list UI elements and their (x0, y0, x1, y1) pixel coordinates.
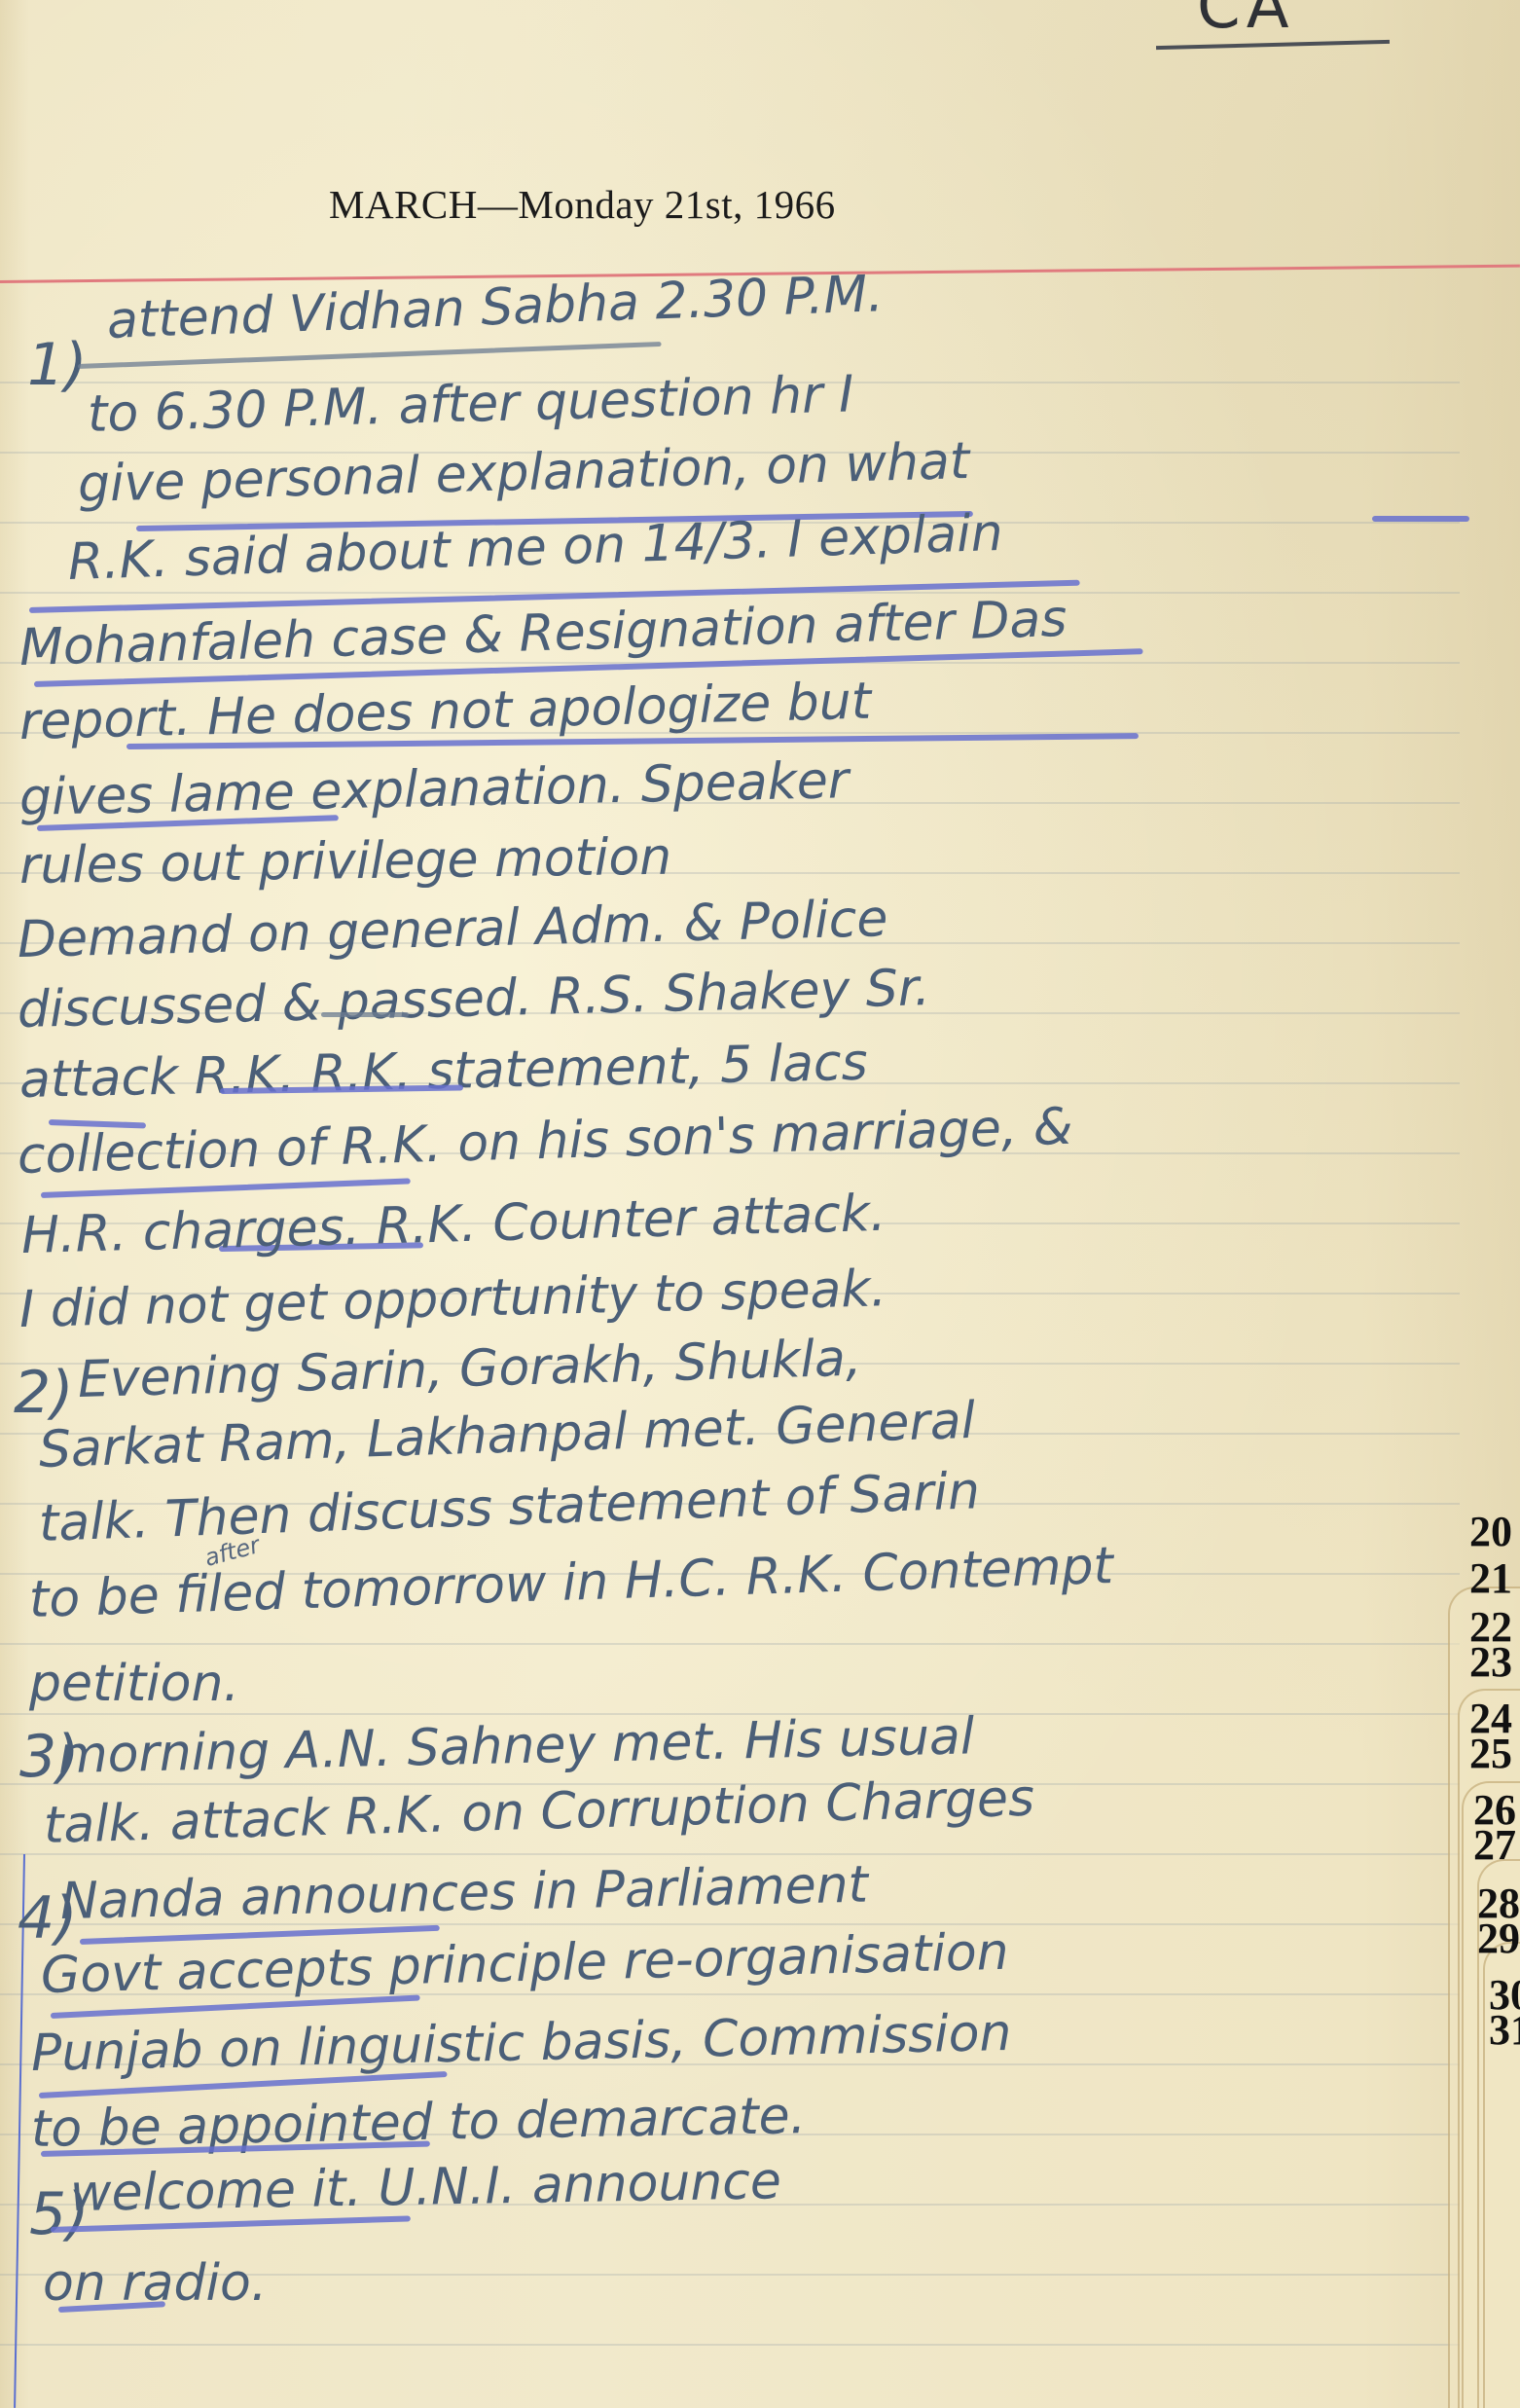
underline (1372, 516, 1469, 522)
entry-line: Punjab on linguistic basis, Commission (30, 2004, 1012, 2083)
entry-line: Evening Sarin, Gorakh, Shukla, (77, 1330, 862, 1409)
entry-line: Demand on general Adm. & Police (17, 890, 888, 969)
date-tab-27[interactable]: 27 (1473, 1820, 1516, 1870)
entry-line: gives lame explanation. Speaker (18, 751, 849, 827)
ruled-line (0, 1643, 1460, 1645)
printed-date-header: MARCH—Monday 21st, 1966 (329, 181, 836, 228)
entry-line: Nanda announces in Parliament (59, 1856, 868, 1931)
entry-line: to be filed tomorrow in H.C. R.K. Contem… (28, 1537, 1114, 1629)
entry-number: 2) (14, 1359, 74, 1427)
date-tab-20[interactable]: 20 (1469, 1507, 1512, 1556)
ruled-line (0, 1853, 1460, 1855)
entry-line: collection of R.K. on his son's marriage… (17, 1098, 1073, 1186)
entry-line: rules out privilege motion (19, 828, 672, 895)
date-tab-21[interactable]: 21 (1469, 1553, 1512, 1603)
entry-line: H.R. charges. R.K. Counter attack. (20, 1185, 887, 1265)
ruled-line (0, 2344, 1460, 2346)
entry-line: R.K. said about me on 14/3. I explain (67, 504, 1003, 592)
page-code: CA (1197, 0, 1294, 43)
diary-page: CA MARCH—Monday 21st, 1966 1) attend Vid… (0, 0, 1520, 2408)
entry-line: morning A.N. Sahney met. His usual (57, 1707, 974, 1785)
date-tab-31[interactable]: 31 (1489, 2005, 1520, 2055)
entry-line: attack R.K. R.K. statement, 5 lacs (18, 1034, 868, 1110)
date-tab-29[interactable]: 29 (1477, 1914, 1520, 1963)
entry-line: give personal explanation, on what (77, 432, 970, 514)
date-tab-25[interactable]: 25 (1469, 1729, 1512, 1778)
entry-line: petition. (29, 1655, 239, 1713)
entry-line: to 6.30 P.M. after question hr I (87, 365, 854, 444)
entry-line: welcome it. U.N.I. announce (69, 2152, 781, 2223)
entry-line: I did not get opportunity to speak. (18, 1259, 887, 1339)
entry-line: discussed & passed. R.S. Shakey Sr. (17, 959, 930, 1040)
entry-line: talk. Then discuss statement of Sarin (38, 1462, 981, 1553)
date-tab-23[interactable]: 23 (1469, 1637, 1512, 1687)
underline (321, 1012, 409, 1017)
date-index-tabs: 20 21 22 23 24 25 26 27 28 29 30 31 (1430, 1499, 1520, 2408)
